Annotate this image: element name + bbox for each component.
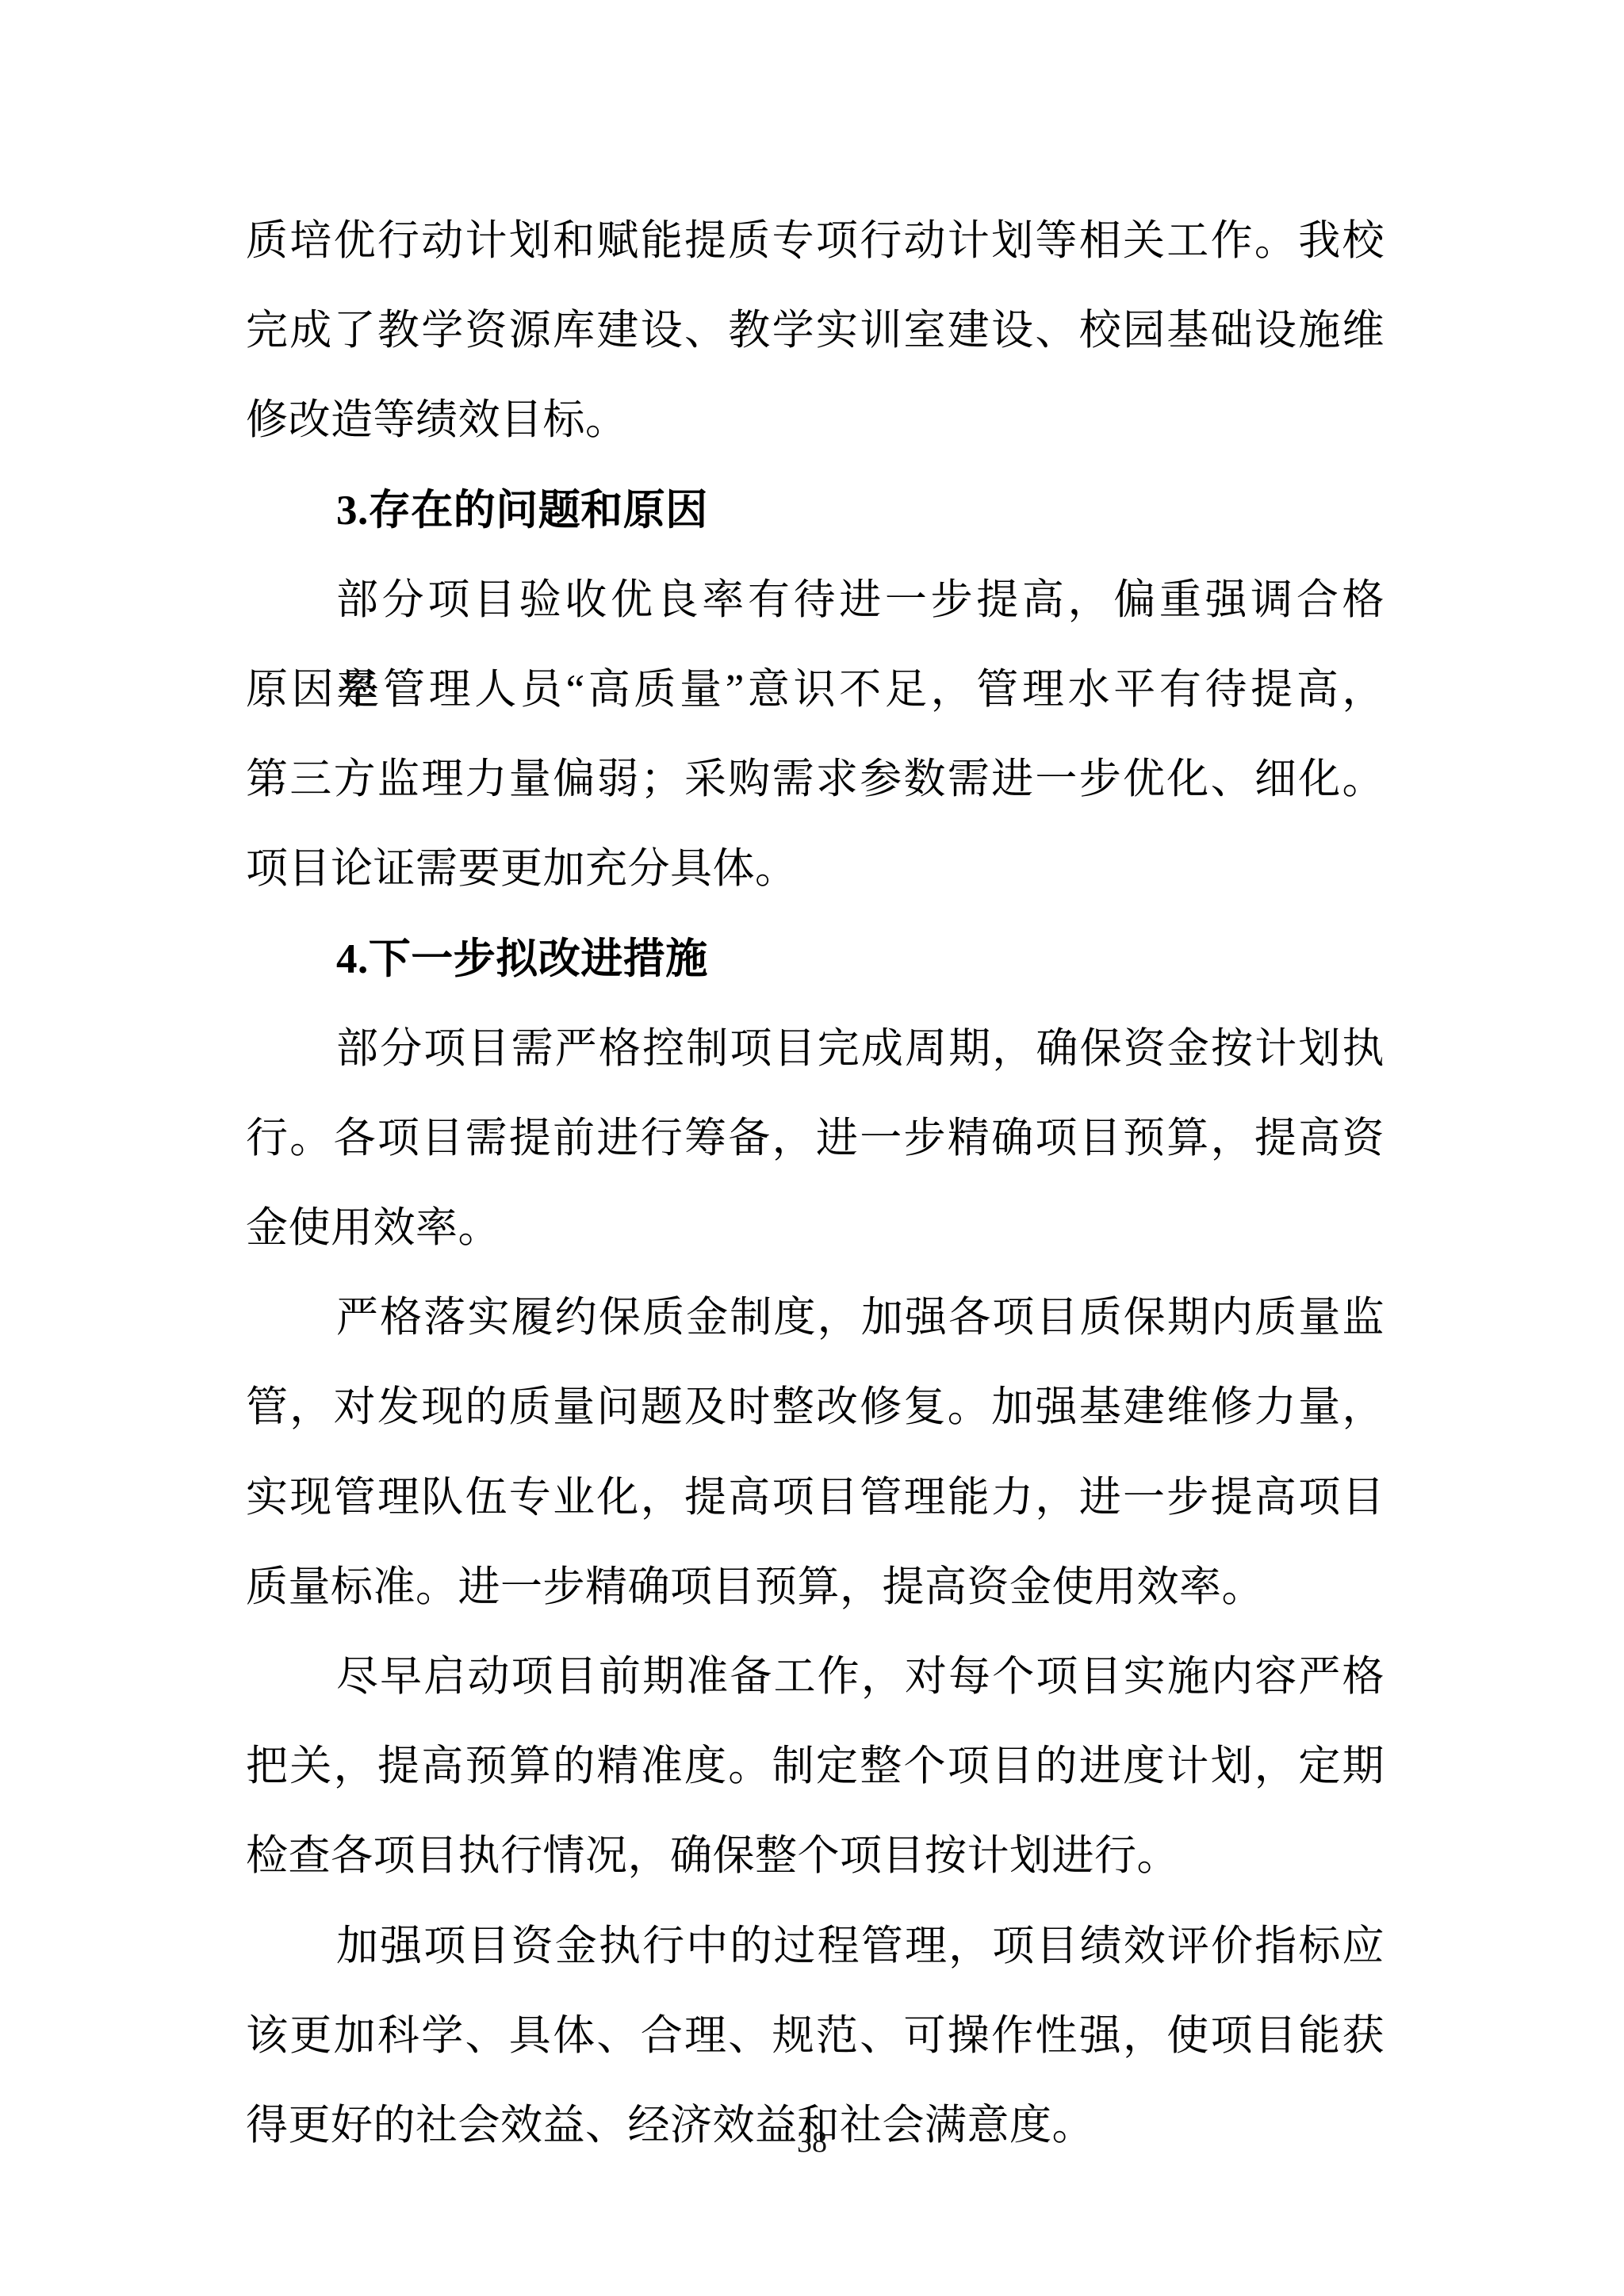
document-page: 质培优行动计划和赋能提质专项行动计划等相关工作。我校完成了教学资源库建设、教学实… (0, 0, 1624, 2296)
text-line: 尽早启动项目前期准备工作，对每个项目实施内容严格 (246, 1632, 1385, 1722)
text-line: 原因是管理人员“高质量”意识不足，管理水平有待提高， (246, 645, 1385, 735)
text-line: 部分项目需严格控制项目完成周期，确保资金按计划执 (246, 1004, 1385, 1094)
text-line: 第三方监理力量偏弱；采购需求参数需进一步优化、细化。 (246, 735, 1385, 825)
text-line: 加强项目资金执行中的过程管理，项目绩效评价指标应 (246, 1902, 1385, 1992)
text-line: 该更加科学、具体、合理、规范、可操作性强，使项目能获 (246, 1992, 1385, 2081)
text-line: 实现管理队伍专业化，提高项目管理能力，进一步提高项目 (246, 1453, 1385, 1543)
text-line: 管，对发现的质量问题及时整改修复。加强基建维修力量， (246, 1363, 1385, 1452)
section-heading: 4.下一步拟改进措施 (246, 915, 1385, 1004)
text-line: 部分项目验收优良率有待进一步提高，偏重强调合格率， (246, 556, 1385, 645)
text-line: 修改造等绩效目标。 (246, 376, 1385, 465)
text-line: 完成了教学资源库建设、教学实训室建设、校园基础设施维 (246, 286, 1385, 376)
text-line: 行。各项目需提前进行筹备，进一步精确项目预算，提高资 (246, 1094, 1385, 1184)
page-number: 38 (0, 2123, 1624, 2161)
text-line: 项目论证需要更加充分具体。 (246, 825, 1385, 914)
text-line: 质培优行动计划和赋能提质专项行动计划等相关工作。我校 (246, 197, 1385, 286)
text-line: 金使用效率。 (246, 1184, 1385, 1273)
document-body: 质培优行动计划和赋能提质专项行动计划等相关工作。我校完成了教学资源库建设、教学实… (246, 197, 1385, 2171)
text-line: 把关，提高预算的精准度。制定整个项目的进度计划，定期 (246, 1722, 1385, 1812)
text-line: 质量标准。进一步精确项目预算，提高资金使用效率。 (246, 1543, 1385, 1632)
text-line: 严格落实履约保质金制度，加强各项目质保期内质量监 (246, 1273, 1385, 1363)
section-heading: 3.存在的问题和原因 (246, 466, 1385, 556)
text-line: 检查各项目执行情况，确保整个项目按计划进行。 (246, 1812, 1385, 1901)
